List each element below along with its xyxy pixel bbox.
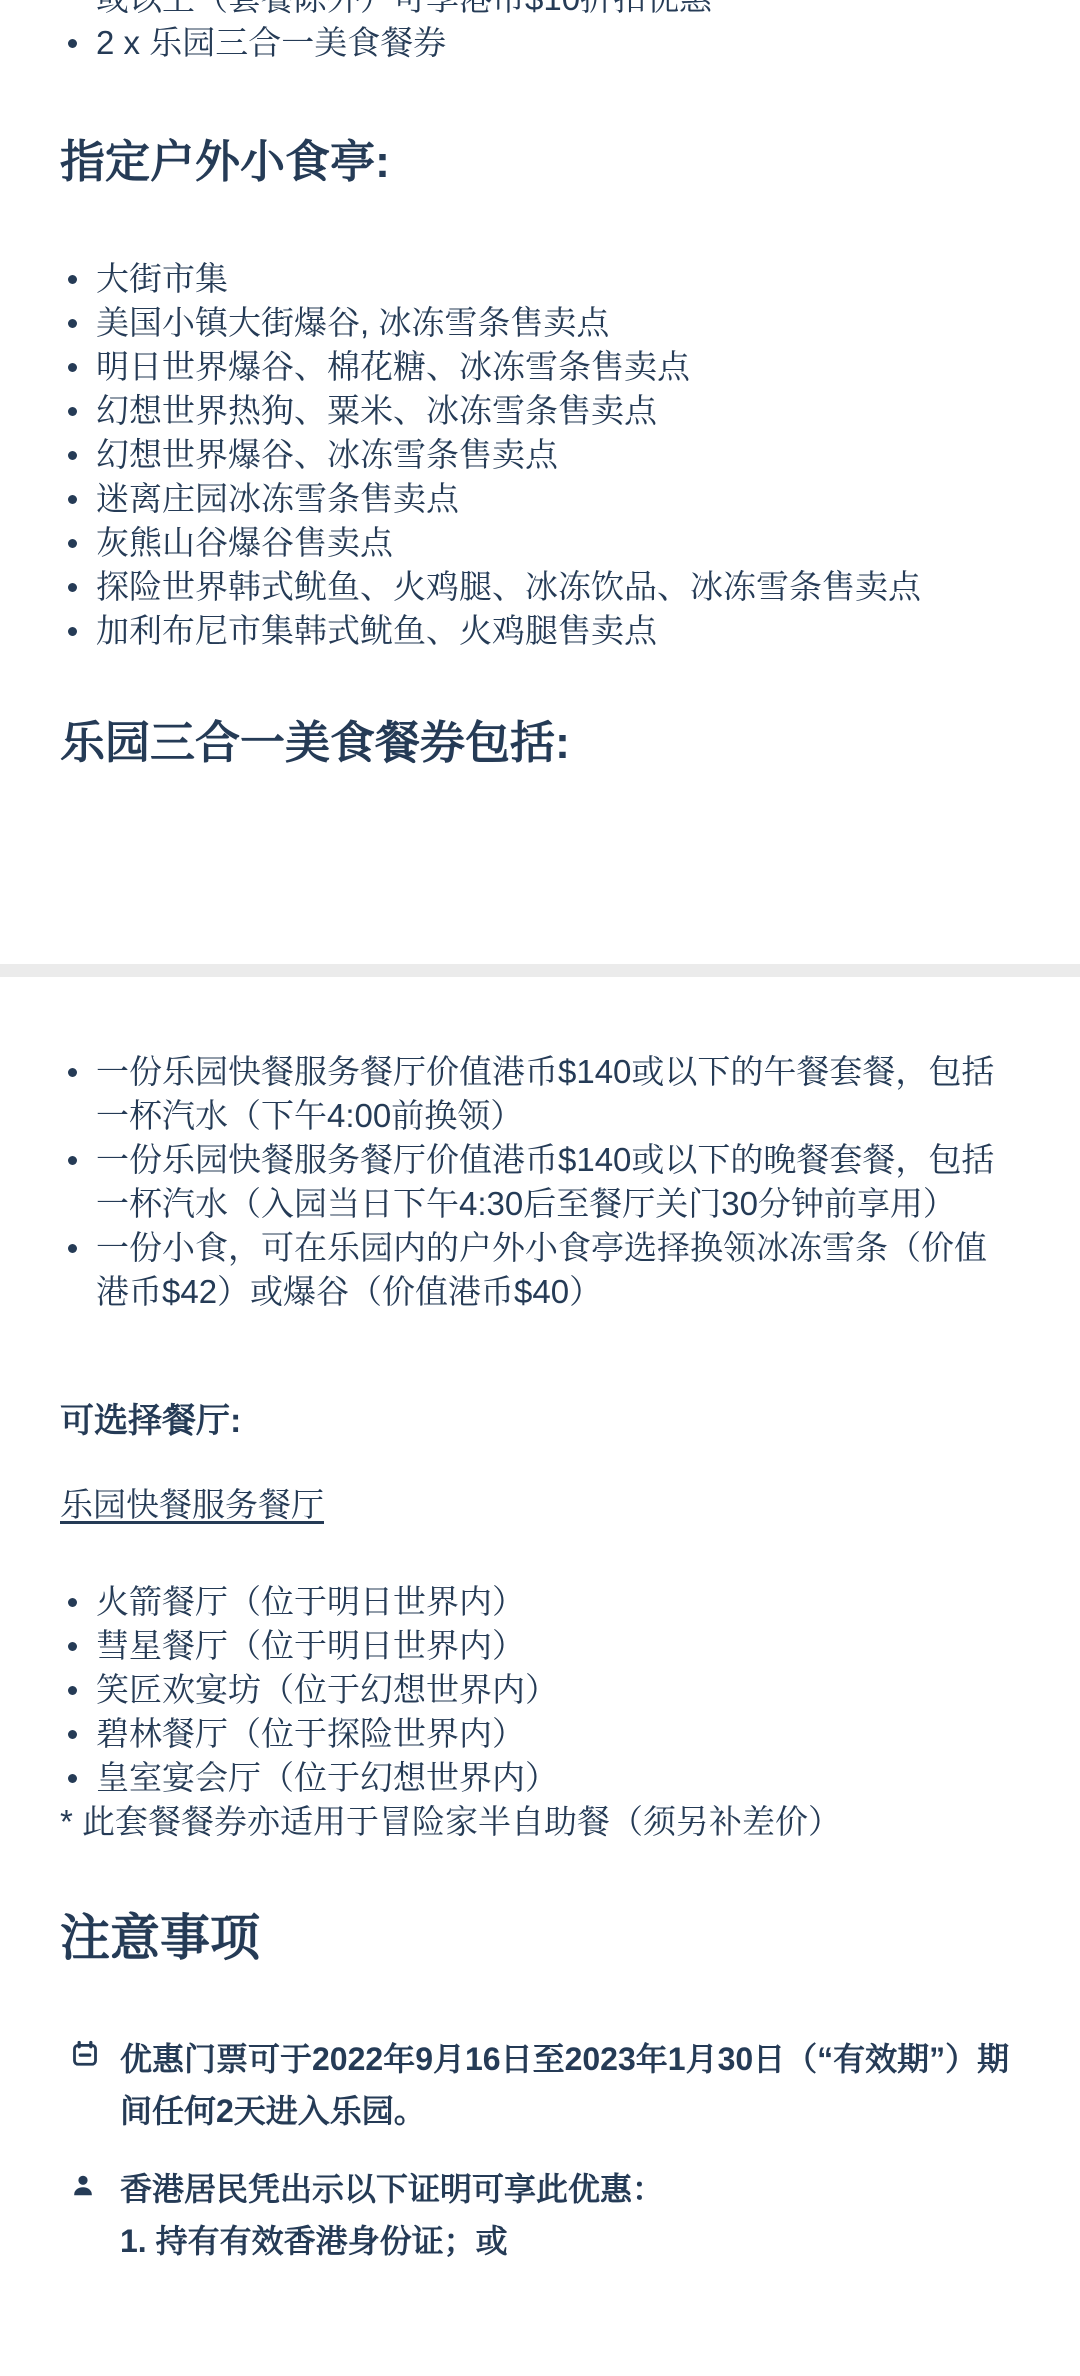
quick-service-restaurants-link[interactable]: 乐园快餐服务餐厅 xyxy=(60,1486,324,1523)
list-item: 一份乐园快餐服务餐厅价值港币$140或以下的午餐套餐，包括一杯汽水（下午4:00… xyxy=(60,1050,996,1138)
restaurants-label: 可选择餐厅: xyxy=(60,1399,1020,1443)
list-item: 探险世界韩式鱿鱼、火鸡腿、冰冻饮品、冰冻雪条售卖点 xyxy=(60,565,1020,609)
list-item: 明日世界爆谷、棉花糖、冰冻雪条售卖点 xyxy=(60,345,1020,389)
notice-text: 优惠门票可于2022年9月16日至2023年1月30日（“有效期”）期间任何2天… xyxy=(120,2033,1020,2137)
list-item: 一份小食，可在乐园内的户外小食亭选择换领冰冻雪条（价值港币$42）或爆谷（价值港… xyxy=(60,1226,996,1314)
list-item: 幻想世界热狗、粟米、冰冻雪条售卖点 xyxy=(60,389,1020,433)
list-item: 彗星餐厅（位于明日世界内） xyxy=(60,1624,1020,1668)
list-item: 加利布尼市集韩式鱿鱼、火鸡腿售卖点 xyxy=(60,609,1020,653)
list-item: 灰熊山谷爆谷售卖点 xyxy=(60,521,1020,565)
notice-text: 香港居民凭出示以下证明可享此优惠： 1. 持有有效香港身份证；或 xyxy=(120,2163,1020,2267)
list-item: 大街市集 xyxy=(60,257,1020,301)
list-item: 2 x 乐园三合一美食餐券 xyxy=(60,21,1020,65)
list-item: 火箭餐厅（位于明日世界内） xyxy=(60,1580,1020,1624)
page: 或以上（套餐除外）可享港币$10折扣优惠 2 x 乐园三合一美食餐券 指定户外小… xyxy=(0,0,1080,2267)
calendar-icon xyxy=(60,2033,120,2068)
section-heading-notices: 注意事项 xyxy=(60,1907,1020,1969)
list-item: 美国小镇大街爆谷, 冰冻雪条售卖点 xyxy=(60,301,1020,345)
top-bullet-list: 或以上（套餐除外）可享港币$10折扣优惠 2 x 乐园三合一美食餐券 xyxy=(60,0,1020,65)
list-item: 一份乐园快餐服务餐厅价值港币$140或以下的晚餐套餐，包括一杯汽水（入园当日下午… xyxy=(60,1138,996,1226)
notice-text-line: 香港居民凭出示以下证明可享此优惠： xyxy=(120,2163,1020,2215)
list-item: 迷离庄园冰冻雪条售卖点 xyxy=(60,477,1020,521)
voucher-list: 一份乐园快餐服务餐厅价值港币$140或以下的午餐套餐，包括一杯汽水（下午4:00… xyxy=(60,1050,1020,1314)
notice-item-validity: 优惠门票可于2022年9月16日至2023年1月30日（“有效期”）期间任何2天… xyxy=(60,2033,1020,2137)
notice-item-residents: 香港居民凭出示以下证明可享此优惠： 1. 持有有效香港身份证；或 xyxy=(60,2163,1020,2267)
list-item: 幻想世界爆谷、冰冻雪条售卖点 xyxy=(60,433,1020,477)
restaurants-link-line: 乐园快餐服务餐厅 xyxy=(60,1483,1020,1527)
restaurant-list: 火箭餐厅（位于明日世界内）彗星餐厅（位于明日世界内）笑匠欢宴坊（位于幻想世界内）… xyxy=(60,1580,1020,1800)
restaurants-footnote: * 此套餐餐券亦适用于冒险家半自助餐（须另补差价） xyxy=(60,1800,1020,1844)
section-heading-voucher: 乐园三合一美食餐券包括: xyxy=(60,714,1020,772)
person-icon xyxy=(60,2163,120,2198)
list-item: 碧林餐厅（位于探险世界内） xyxy=(60,1712,1020,1756)
kiosk-list: 大街市集美国小镇大街爆谷, 冰冻雪条售卖点明日世界爆谷、棉花糖、冰冻雪条售卖点幻… xyxy=(60,257,1020,653)
list-item: 笑匠欢宴坊（位于幻想世界内） xyxy=(60,1668,1020,1712)
clipped-text-line: 或以上（套餐除外）可享港币$10折扣优惠 xyxy=(60,0,1020,21)
section-heading-kiosks: 指定户外小食亭: xyxy=(60,133,1020,191)
notice-sub-item: 1. 持有有效香港身份证；或 xyxy=(120,2215,1020,2267)
section-divider xyxy=(0,964,1080,977)
list-item: 皇室宴会厅（位于幻想世界内） xyxy=(60,1756,1020,1800)
